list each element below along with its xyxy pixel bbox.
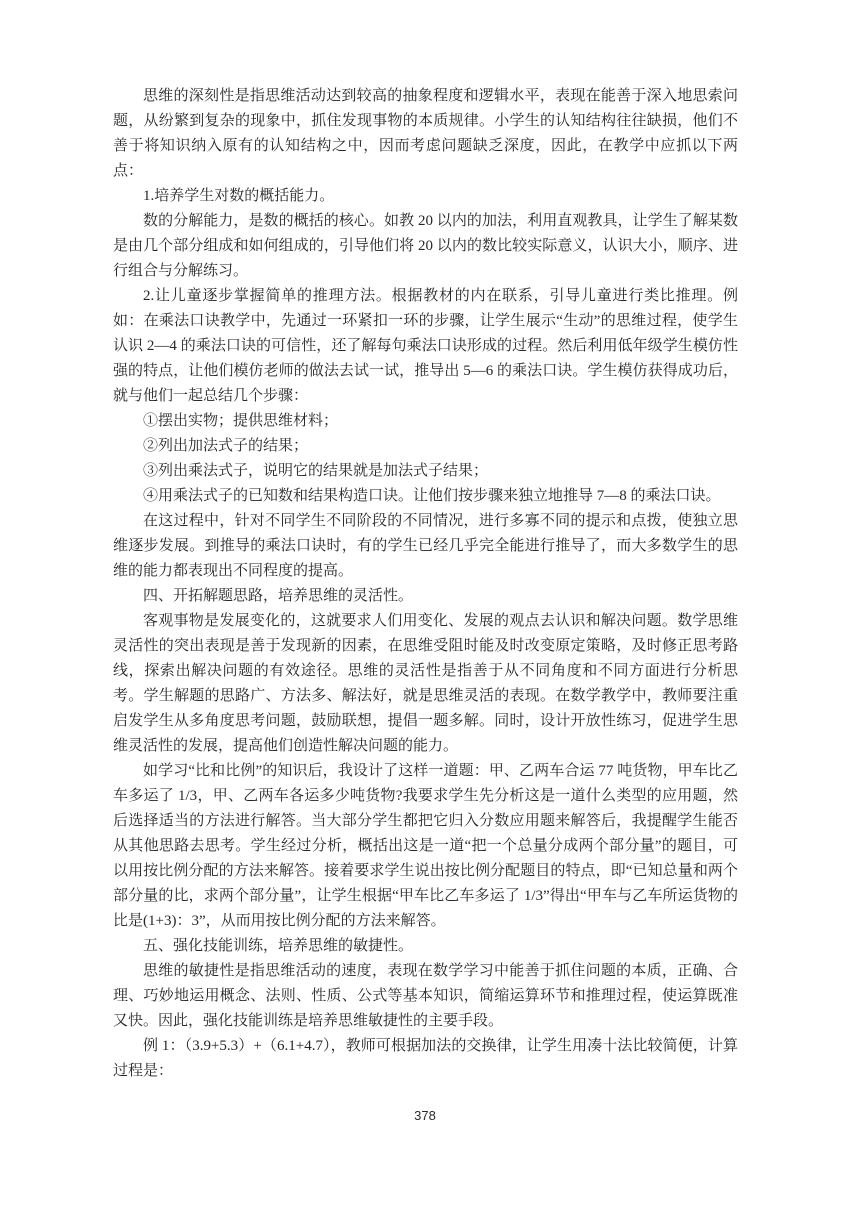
list-item: ①摆出实物；提供思维材料； [113, 409, 738, 434]
list-item: ②列出加法式子的结果； [113, 434, 738, 459]
document-page: 思维的深刻性是指思维活动达到较高的抽象程度和逻辑水平，表现在能善于深入地思索问题… [0, 0, 850, 1205]
paragraph: 在这过程中，针对不同学生不同阶段的不同情况，进行多寡不同的提示和点拨，使独立思维… [113, 509, 738, 584]
page-number: 378 [0, 1108, 850, 1123]
paragraph: 客观事物是发展变化的，这就要求人们用变化、发展的观点去认识和解决问题。数学思维灵… [113, 609, 738, 759]
section-heading: 四、开拓解题思路，培养思维的灵活性。 [113, 584, 738, 609]
list-item: ④用乘法式子的已知数和结果构造口诀。让他们按步骤来独立地推导 7—8 的乘法口诀… [113, 484, 738, 509]
paragraph: 思维的敏捷性是指思维活动的速度，表现在数学学习中能善于抓住问题的本质，正确、合理… [113, 959, 738, 1034]
example-paragraph: 例 1：（3.9+5.3）+（6.1+4.7），教师可根据加法的交换律，让学生用… [113, 1034, 738, 1084]
paragraph: 思维的深刻性是指思维活动达到较高的抽象程度和逻辑水平，表现在能善于深入地思索问题… [113, 84, 738, 184]
numbered-point: 1.培养学生对数的概括能力。 [113, 184, 738, 209]
paragraph: 如学习“比和比例”的知识后，我设计了这样一道题：甲、乙两车合运 77 吨货物，甲… [113, 759, 738, 934]
numbered-point: 2.让儿童逐步掌握简单的推理方法。根据教材的内在联系，引导儿童进行类比推理。例如… [113, 284, 738, 409]
text-content: 思维的深刻性是指思维活动达到较高的抽象程度和逻辑水平，表现在能善于深入地思索问题… [113, 84, 738, 1084]
paragraph: 数的分解能力，是数的概括的核心。如教 20 以内的加法，利用直观教具，让学生了解… [113, 209, 738, 284]
section-heading: 五、强化技能训练，培养思维的敏捷性。 [113, 934, 738, 959]
list-item: ③列出乘法式子，说明它的结果就是加法式子结果； [113, 459, 738, 484]
